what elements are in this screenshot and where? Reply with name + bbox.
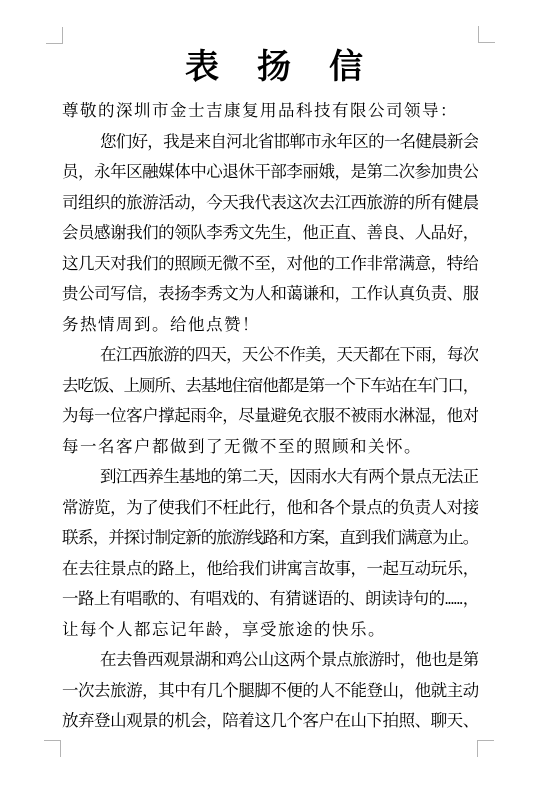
text-line: 在去鲁西观景湖和鸡公山这两个景点旅游时，他也是第 (62, 645, 478, 676)
crop-mark-top-left (46, 27, 63, 44)
document-body: 尊敬的深圳市金士吉康复用品科技有限公司领导：您们好，我是来自河北省邯郸市永年区的… (62, 96, 478, 737)
text-line: 会员感谢我们的领队李秀文先生，他正直、善良、人品好， (62, 218, 478, 249)
title-char: 表 (185, 48, 219, 86)
text-line: 放弃登山观景的机会，陪着这几个客户在山下拍照、聊天、 (62, 706, 478, 737)
text-line: 一路上有唱歌的、有唱戏的、有猜谜语的、朗读诗句的......， (62, 584, 478, 615)
text-line: 在江西旅游的四天，天公不作美，天天都在下雨，每次 (62, 340, 478, 371)
text-line: 让每个人都忘记年龄，享受旅途的快乐。 (62, 615, 478, 646)
document-title: 表 扬 信 (0, 48, 548, 86)
text-line: 到江西养生基地的第二天，因雨水大有两个景点无法正 (62, 462, 478, 493)
crop-mark-bottom-right (477, 740, 494, 757)
document-page: 表 扬 信 尊敬的深圳市金士吉康复用品科技有限公司领导：您们好，我是来自河北省邯… (0, 0, 548, 793)
text-line: 贵公司写信，表扬李秀文为人和蔼谦和，工作认真负责、服 (62, 279, 478, 310)
text-line: 员，永年区融媒体中心退休干部李丽娥，是第二次参加贵公 (62, 157, 478, 188)
text-line: 这几天对我们的照顾无微不至，对他的工作非常满意，特给 (62, 249, 478, 280)
crop-mark-top-right (478, 26, 495, 43)
text-line: 联系，并探讨制定新的旅游线路和方案，直到我们满意为止。 (62, 523, 478, 554)
title-char: 扬 (257, 48, 291, 86)
title-char: 信 (329, 48, 363, 86)
text-line: 司组织的旅游活动，今天我代表这次去江西旅游的所有健晨 (62, 188, 478, 219)
crop-mark-bottom-left (44, 740, 61, 757)
text-line: 务热情周到。给他点赞！ (62, 310, 478, 341)
text-line: 每一名客户都做到了无微不至的照顾和关怀。 (62, 432, 478, 463)
text-line: 在去往景点的路上，他给我们讲寓言故事，一起互动玩乐， (62, 554, 478, 585)
text-line: 去吃饭、上厕所、去基地住宿他都是第一个下车站在车门口， (62, 371, 478, 402)
text-line: 为每一位客户撑起雨伞，尽量避免衣服不被雨水淋湿，他对 (62, 401, 478, 432)
text-line: 常游览，为了使我们不枉此行，他和各个景点的负责人对接 (62, 493, 478, 524)
text-line: 您们好，我是来自河北省邯郸市永年区的一名健晨新会 (62, 127, 478, 158)
text-line: 尊敬的深圳市金士吉康复用品科技有限公司领导： (62, 96, 478, 127)
text-line: 一次去旅游，其中有几个腿脚不便的人不能登山，他就主动 (62, 676, 478, 707)
